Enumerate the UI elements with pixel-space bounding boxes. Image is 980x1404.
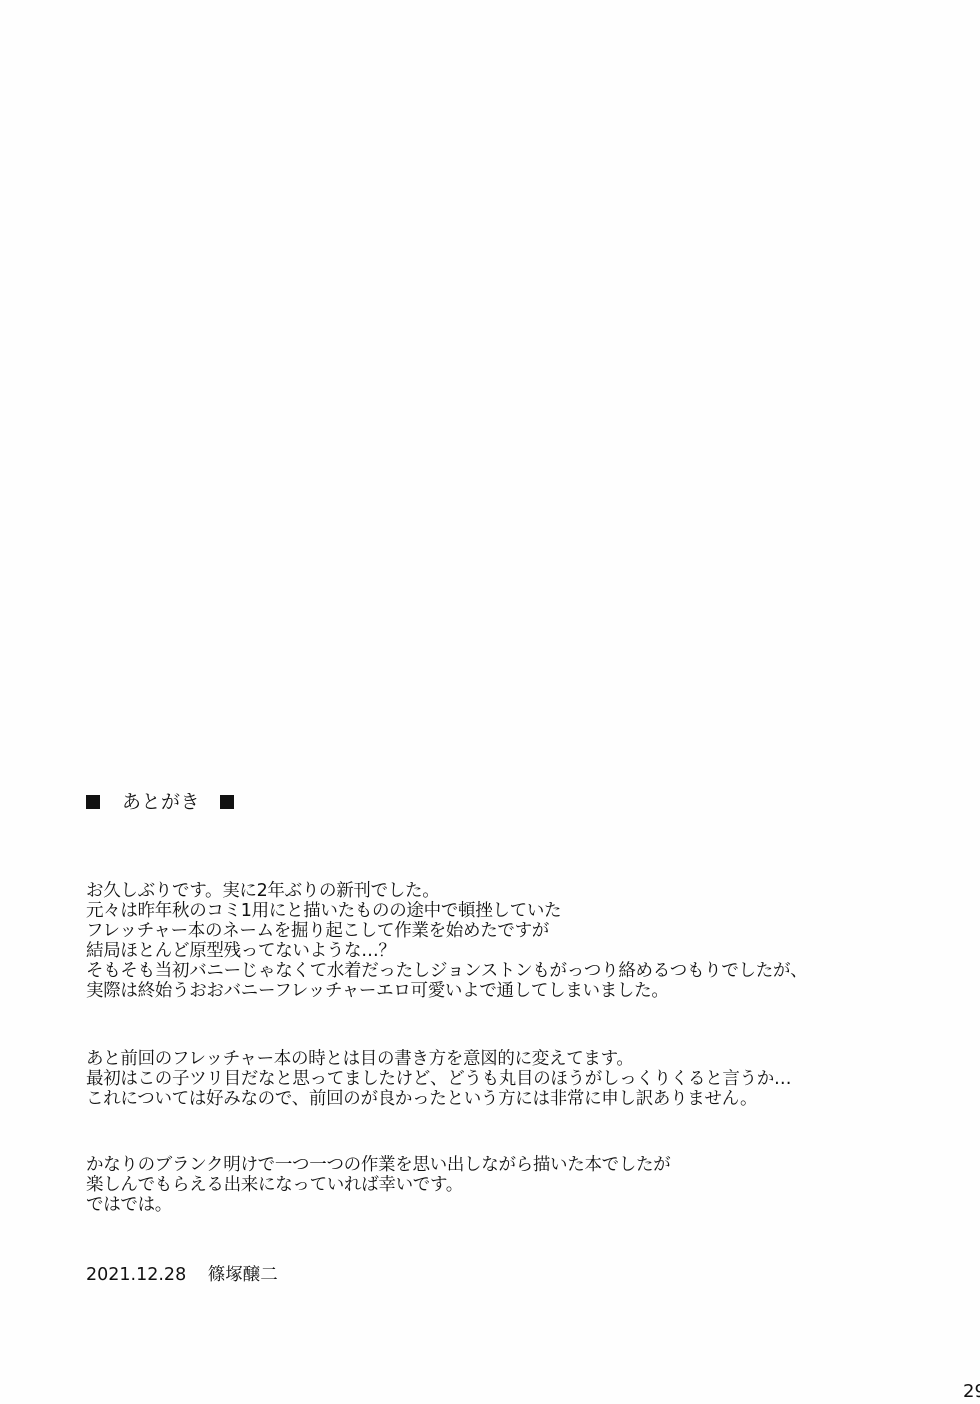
text-line: お久しぶりです。実に2年ぶりの新刊でした。 [86, 881, 807, 901]
book-page: あとがき お久しぶりです。実に2年ぶりの新刊でした。 元々は昨年秋のコミ1用にと… [0, 0, 980, 1404]
text-line: 結局ほとんど原型残ってないような…？ [86, 941, 807, 961]
black-square-icon [86, 795, 100, 809]
signature: 2021.12.28 篠塚醸二 [86, 1264, 278, 1286]
author-name: 篠塚醸二 [208, 1265, 278, 1285]
afterword-paragraph-3: かなりのブランク明けで一つ一つの作業を思い出しながら描いた本でしたが 楽しんでも… [86, 1155, 670, 1215]
text-line: フレッチャー本のネームを掘り起こして作業を始めたですが [86, 921, 807, 941]
text-line: かなりのブランク明けで一つ一つの作業を思い出しながら描いた本でしたが [86, 1155, 670, 1175]
black-square-icon [220, 795, 234, 809]
text-line: あと前回のフレッチャー本の時とは目の書き方を意図的に変えてます。 [86, 1049, 791, 1069]
afterword-paragraph-1: お久しぶりです。実に2年ぶりの新刊でした。 元々は昨年秋のコミ1用にと描いたもの… [86, 881, 807, 1001]
text-line: これについては好みなので、前回のが良かったという方には非常に申し訳ありません。 [86, 1089, 791, 1109]
text-line: 楽しんでもらえる出来になっていれば幸いです。 [86, 1175, 670, 1195]
text-line: 元々は昨年秋のコミ1用にと描いたものの途中で頓挫していた [86, 901, 807, 921]
afterword-paragraph-2: あと前回のフレッチャー本の時とは目の書き方を意図的に変えてます。 最初はこの子ツ… [86, 1049, 791, 1109]
afterword-title: あとがき [122, 790, 200, 814]
afterword-heading: あとがき [86, 790, 234, 814]
signature-date: 2021.12.28 [86, 1265, 186, 1285]
text-line: 実際は終始うおおバニーフレッチャーエロ可愛いよで通してしまいました。 [86, 981, 807, 1001]
text-line: そもそも当初バニーじゃなくて水着だったしジョンストンもがっつり絡めるつもりでした… [86, 961, 807, 981]
page-number: 29 [963, 1381, 980, 1403]
text-line: 最初はこの子ツリ目だなと思ってましたけど、どうも丸目のほうがしっくりくると言うか… [86, 1069, 791, 1089]
text-line: ではでは。 [86, 1195, 670, 1215]
